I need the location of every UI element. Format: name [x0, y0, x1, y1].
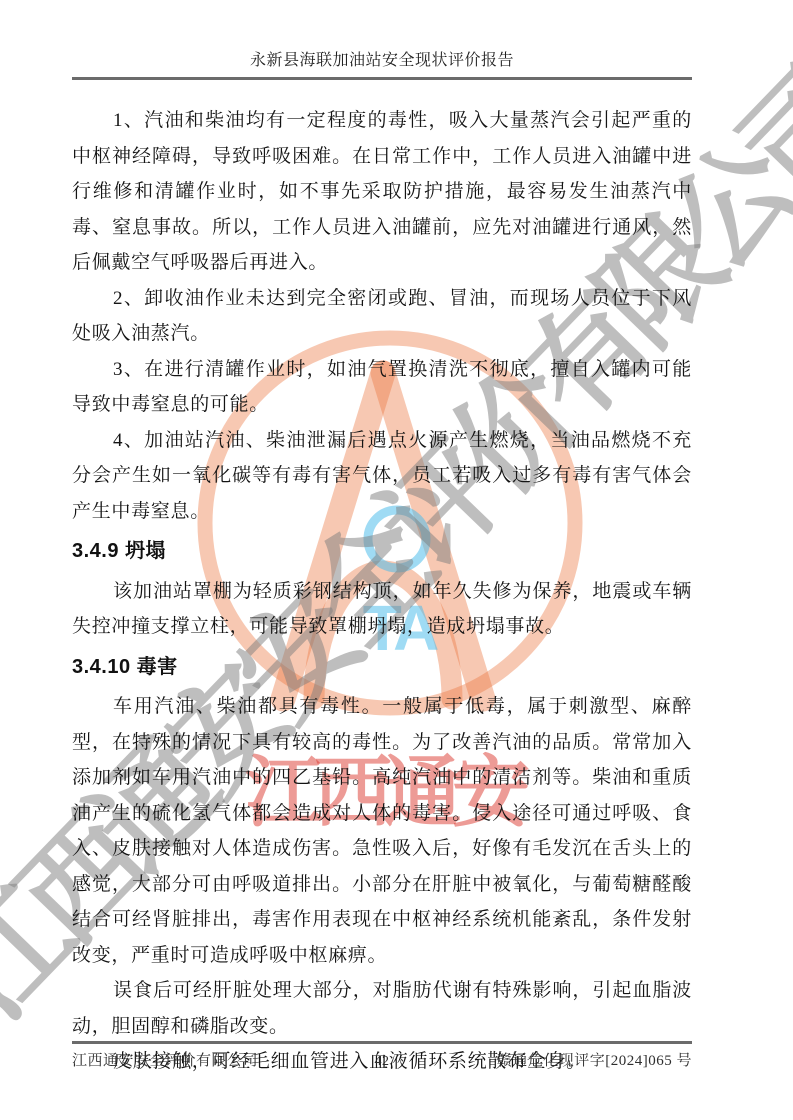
- footer-rule: [72, 1041, 692, 1044]
- footer-row: 江西通安安全评价有限公司 42 赣通危化现评字[2024]065 号: [72, 1049, 692, 1070]
- section-heading-349: 3.4.9 坍塌: [72, 534, 692, 570]
- footer-doc-code: 赣通危化现评字[2024]065 号: [390, 1049, 693, 1070]
- footer-page-number: 42: [375, 1054, 390, 1070]
- section-heading-3410: 3.4.10 毒害: [72, 650, 692, 686]
- report-page: TA 江西通安 江西通安安全评价有限公司 永新县海联加油站安全现状评价报告 1、…: [0, 0, 793, 1120]
- report-header-title: 永新县海联加油站安全现状评价报告: [72, 50, 692, 72]
- paragraph: 该加油站罩棚为轻质彩钢结构顶，如年久失修为保养，地震或车辆失控冲撞支撑立柱，可能…: [72, 574, 692, 645]
- paragraph: 3、在进行清罐作业时，如油气置换清洗不彻底，擅自入罐内可能导致中毒窒息的可能。: [72, 352, 692, 423]
- body-text: 1、汽油和柴油均有一定程度的毒性，吸入大量蒸汽会引起严重的中枢神经障碍，导致呼吸…: [72, 103, 692, 1080]
- paragraph: 误食后可经肝脏处理大部分，对脂肪代谢有特殊影响，引起血脂波动，胆固醇和磷脂改变。: [72, 973, 692, 1044]
- paragraph: 4、加油站汽油、柴油泄漏后遇点火源产生燃烧，当油品燃烧不充分会产生如一氧化碳等有…: [72, 423, 692, 530]
- paragraph: 2、卸收油作业未达到完全密闭或跑、冒油，而现场人员位于下风处吸入油蒸汽。: [72, 281, 692, 352]
- page-footer: 江西通安安全评价有限公司 42 赣通危化现评字[2024]065 号: [72, 1041, 692, 1070]
- header-rule: [72, 77, 692, 80]
- footer-company: 江西通安安全评价有限公司: [72, 1049, 375, 1070]
- page-content: 永新县海联加油站安全现状评价报告 1、汽油和柴油均有一定程度的毒性，吸入大量蒸汽…: [72, 50, 692, 1080]
- paragraph: 车用汽油、柴油都具有毒性。一般属于低毒，属于刺激型、麻醉型，在特殊的情况下具有较…: [72, 689, 692, 973]
- paragraph: 1、汽油和柴油均有一定程度的毒性，吸入大量蒸汽会引起严重的中枢神经障碍，导致呼吸…: [72, 103, 692, 281]
